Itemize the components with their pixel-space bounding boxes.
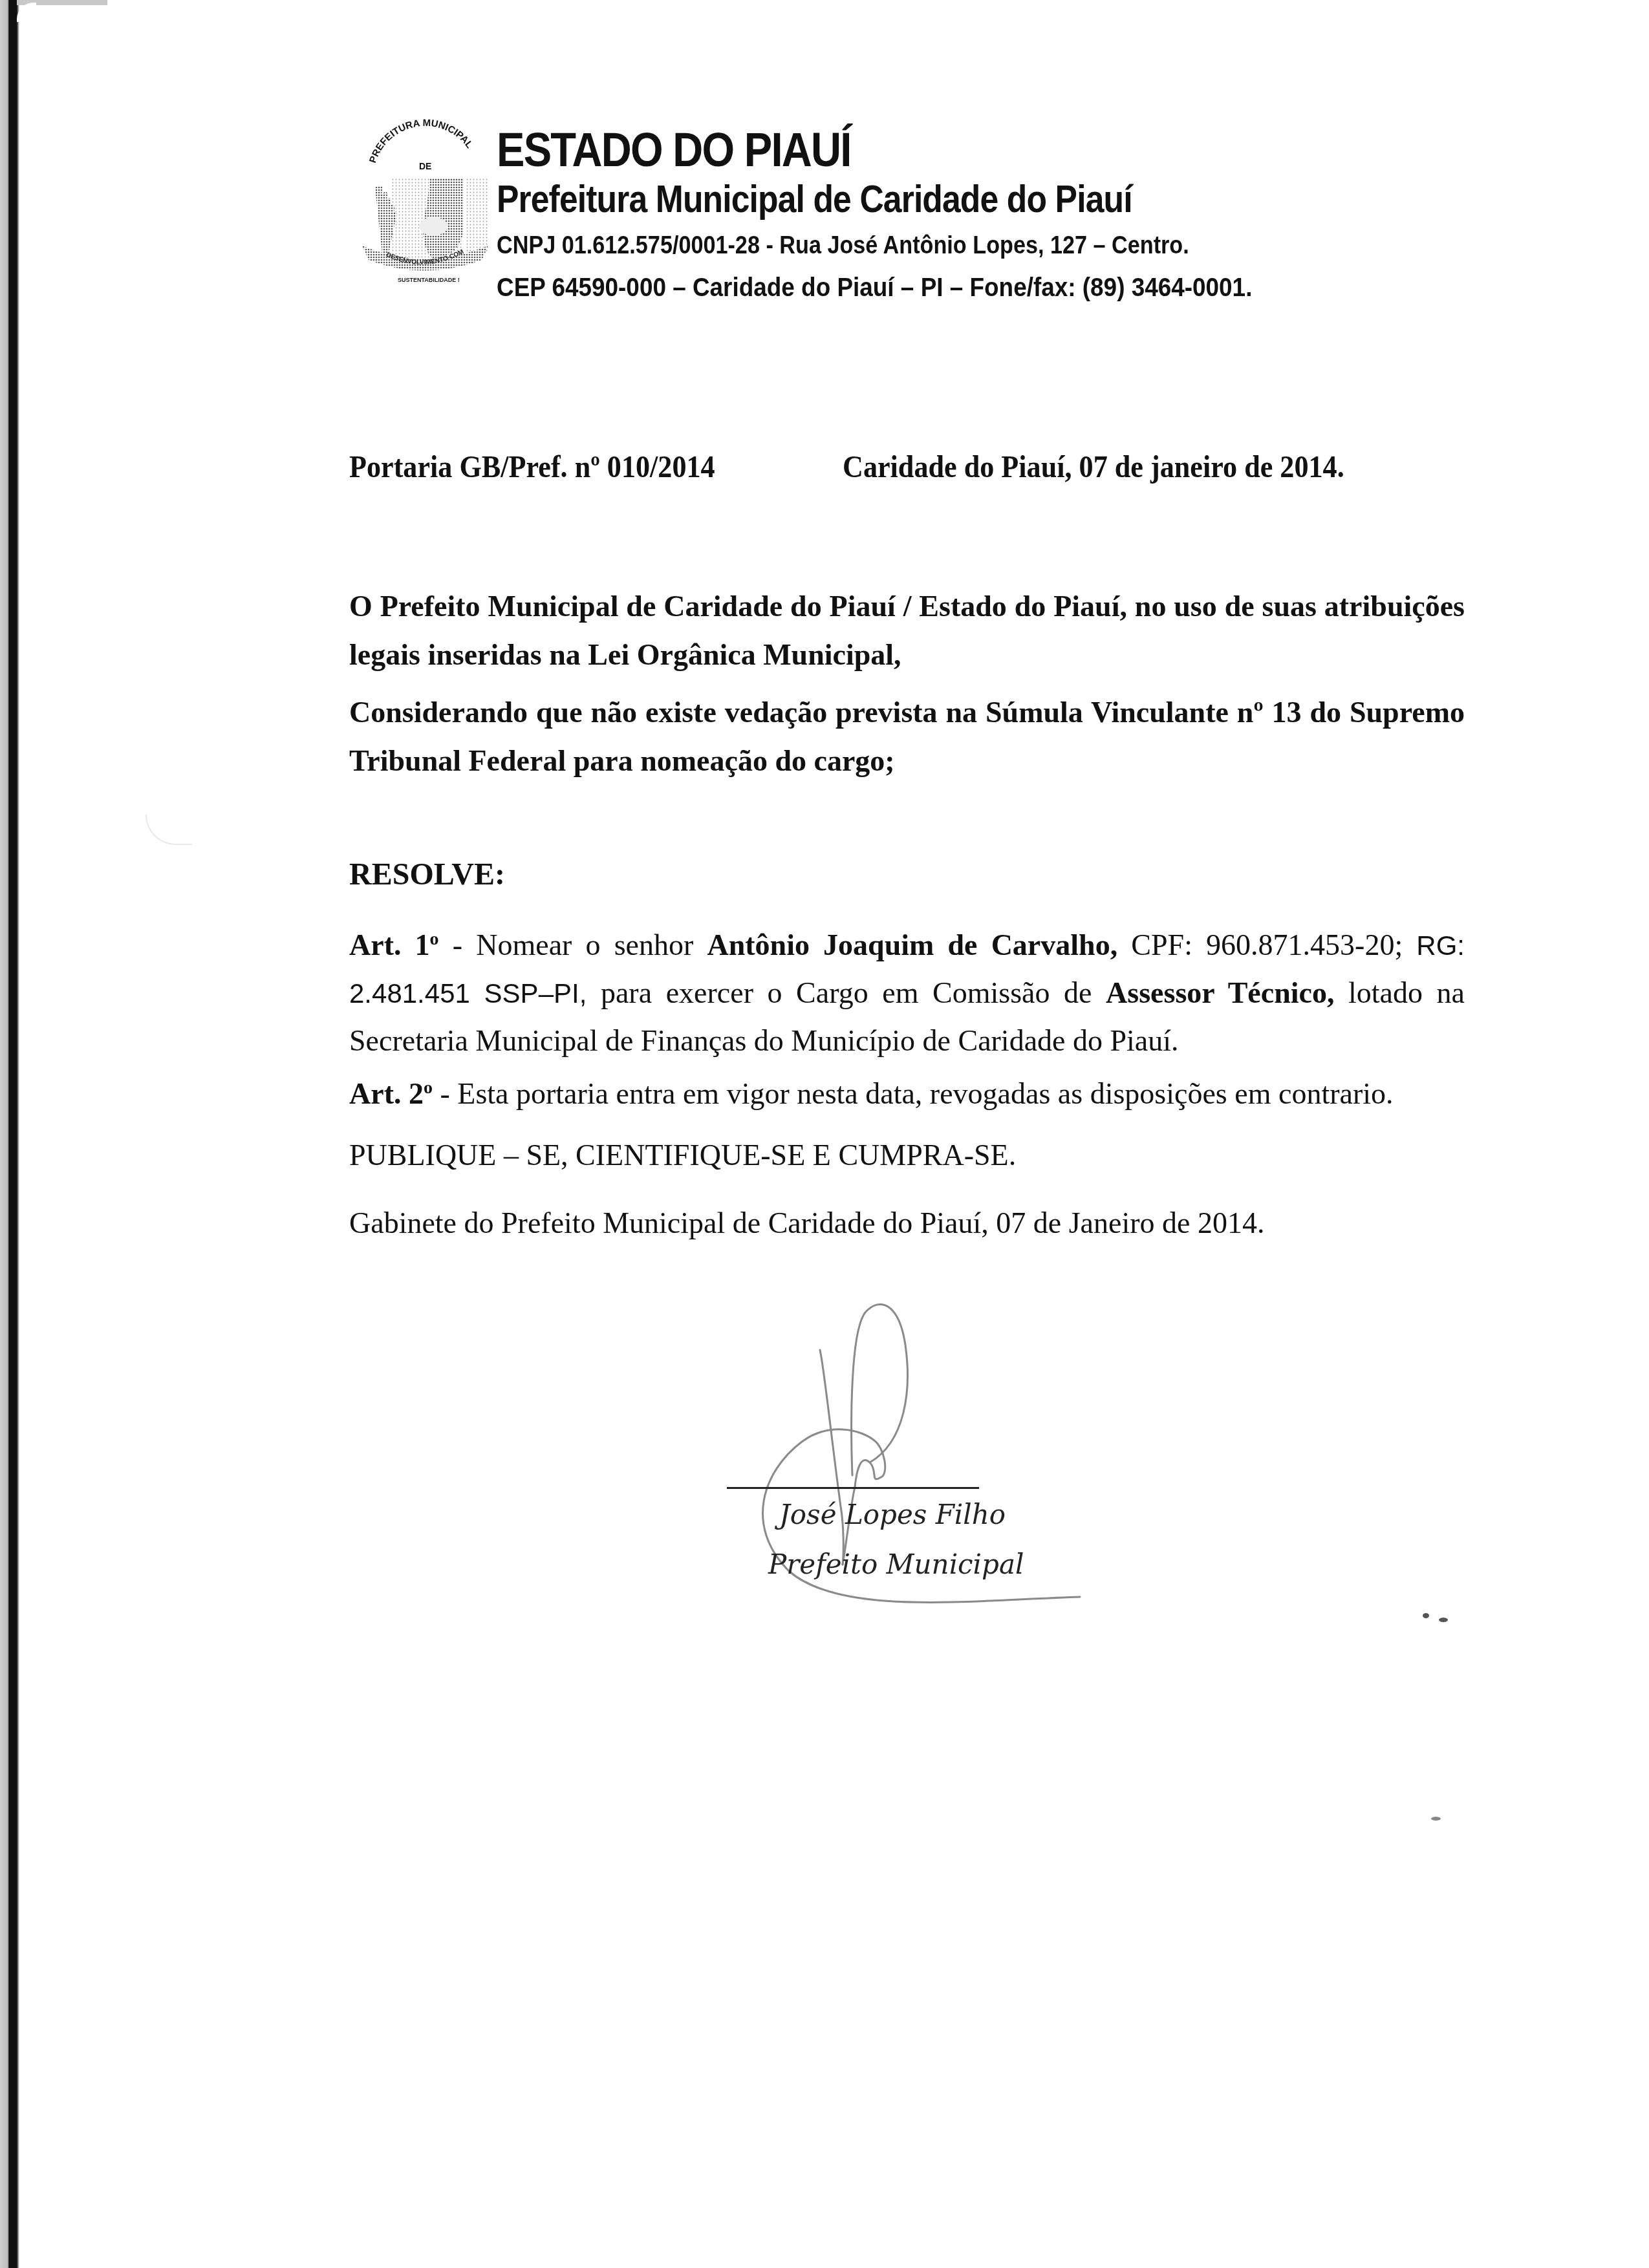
article-2: Art. 2o - Esta portaria entra em vigor n… (349, 1076, 1465, 1111)
intro-paragraph: O Prefeito Municipal de Caridade do Piau… (349, 582, 1465, 679)
portaria-date: Caridade do Piauí, 07 de janeiro de 2014… (843, 449, 1344, 485)
ordinal-mark: o (424, 1078, 433, 1098)
cep-contact-line: CEP 64590-000 – Caridade do Piauí – PI –… (497, 268, 1252, 306)
article-1: Art. 1o - Nomear o senhor Antônio Joaqui… (349, 921, 1465, 1064)
article-1-text: - Nomear o senhor (439, 928, 707, 961)
page-corner (17, 3, 36, 22)
scan-artifact (145, 815, 192, 845)
considerando-paragraph: Considerando que não existe vedação prev… (349, 688, 1465, 785)
scan-speck (1439, 1618, 1448, 1622)
article-1-text: para exercer o Cargo em Comissão de (587, 976, 1106, 1009)
signature-line (727, 1487, 979, 1489)
article-2-label: Art. 2 (349, 1077, 424, 1110)
scan-speck (1431, 1817, 1441, 1821)
portaria-number: Portaria GB/Pref. nº 010/2014 (349, 449, 715, 485)
letterhead: ESTADO DO PIAUÍ Prefeitura Municipal de … (497, 123, 1336, 306)
prefecture-title: Prefeitura Municipal de Caridade do Piau… (497, 175, 1218, 224)
publique-clause: PUBLIQUE – SE, CIENTIFIQUE-SE E CUMPRA-S… (349, 1138, 1465, 1172)
scan-speck (1423, 1613, 1429, 1618)
svg-text:DE: DE (419, 161, 431, 171)
state-title: ESTADO DO PIAUÍ (497, 123, 1235, 177)
svg-text:PREFEITURA MUNICIPAL: PREFEITURA MUNICIPAL (367, 118, 475, 165)
appointee-name: Antônio Joaquim de Carvalho, (707, 928, 1117, 961)
signer-role: Prefeito Municipal (768, 1548, 1024, 1580)
signer-name: José Lopes Filho (779, 1499, 1006, 1530)
article-1-label: Art. 1 (349, 928, 430, 961)
gabinete-line: Gabinete do Prefeito Municipal de Carida… (349, 1206, 1465, 1240)
scan-edge (0, 0, 19, 2268)
coat-of-arms-icon: PREFEITURA MUNICIPAL DE DESENVOLVIMENTO … (349, 116, 498, 284)
svg-text:SUSTENTABILIDADE !: SUSTENTABILIDADE ! (398, 277, 460, 283)
resolve-heading: RESOLVE: (349, 857, 1465, 892)
position-title: Assessor Técnico, (1106, 976, 1334, 1009)
article-2-text: - Esta portaria entra em vigor nesta dat… (433, 1077, 1394, 1110)
cnpj-address-line: CNPJ 01.612.575/0001-28 - Rua José Antôn… (497, 226, 1252, 265)
appointee-cpf: CPF: 960.871.453-20; (1117, 928, 1416, 961)
ordinal-mark: o (430, 929, 439, 949)
